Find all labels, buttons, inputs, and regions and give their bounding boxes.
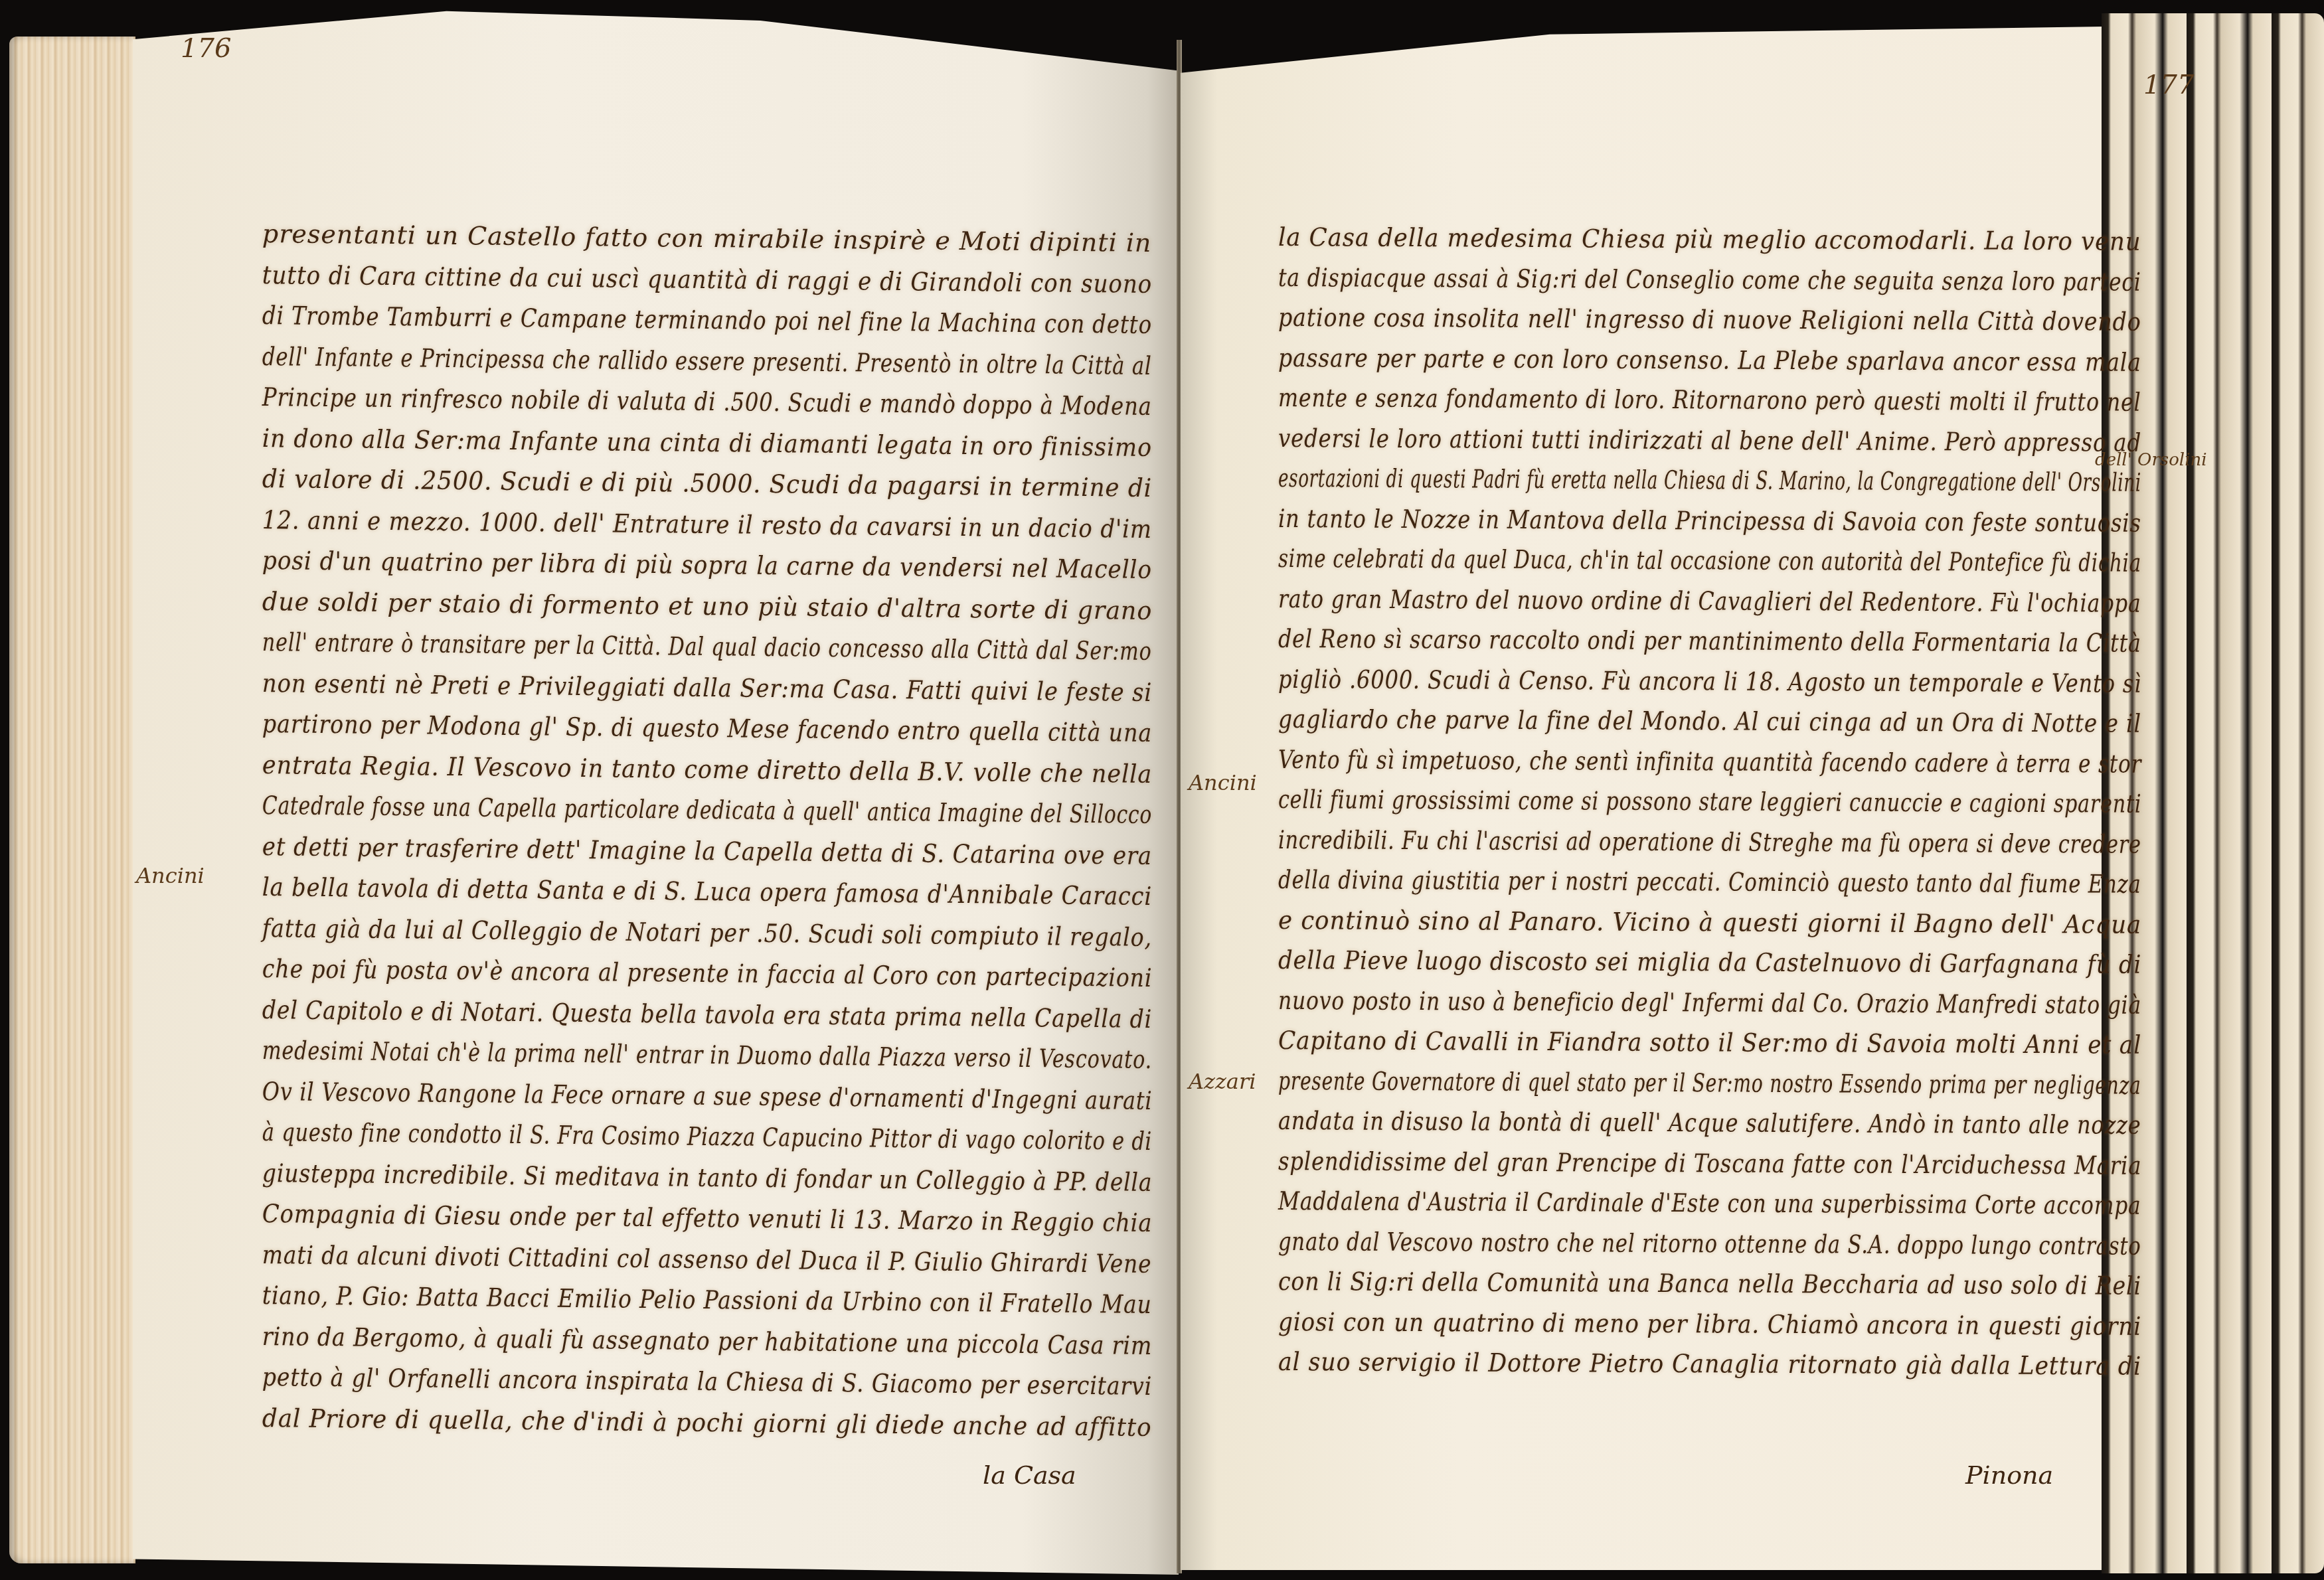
manuscript-line: presente Governatore di quel stato per i…	[1278, 1066, 2141, 1100]
catchword-right: Pinona	[1965, 1461, 2053, 1490]
manuscript-line: ta dispiacque assai à Sig:ri del Consegl…	[1278, 263, 2141, 297]
manuscript-line: Capitano di Cavalli in Fiandra sotto il …	[1278, 1026, 2141, 1060]
manuscript-line: Maddalena d'Austria il Cardinale d'Este …	[1278, 1186, 2141, 1220]
left-page-block-edge	[9, 37, 135, 1563]
margin-note-right-orsolini: dell' Orsolini	[2095, 450, 2207, 470]
manuscript-line: sime celebrati da quel Duca, ch'in tal o…	[1278, 544, 2141, 578]
manuscript-line: Vento fù sì impetuoso, che sentì infinit…	[1278, 745, 2142, 779]
folio-number-right: 177	[2143, 70, 2194, 100]
manuscript-line: gagliardo che parve la fine del Mondo. A…	[1278, 704, 2141, 738]
folio-number-left: 176	[181, 33, 231, 64]
manuscript-line: giosi con un quatrino di meno per libra.…	[1278, 1307, 2141, 1341]
manuscript-line: andata in disuso la bontà di quell' Acqu…	[1278, 1106, 2141, 1140]
manuscript-line: e continuò sino al Panaro. Vicino à ques…	[1278, 906, 2141, 939]
manuscript-line: patione cosa insolita nell' ingresso di …	[1278, 303, 2141, 337]
manuscript-line: nuovo posto in uso à beneficio degl' Inf…	[1278, 986, 2141, 1020]
manuscript-line: con li Sig:ri della Comunità una Banca n…	[1278, 1267, 2141, 1301]
manuscript-line: in tanto le Nozze in Mantova della Princ…	[1278, 504, 2141, 538]
manuscript-line: mente e senza fondamento di loro. Ritorn…	[1278, 383, 2141, 417]
manuscript-line: vedersi le loro attioni tutti indirizzat…	[1278, 424, 2141, 457]
margin-note-right-ancini: Ancini	[1189, 770, 1257, 795]
manuscript-line: passare per parte e con loro consenso. L…	[1278, 343, 2141, 377]
manuscript-line: della Pieve luogo discosto sei miglia da…	[1278, 945, 2141, 979]
manuscript-line: gnato dal Vescovo nostro che nel ritorno…	[1278, 1227, 2141, 1261]
manuscript-line: splendidissime del gran Prencipe di Tosc…	[1278, 1146, 2142, 1180]
manuscript-line: della divina giustitia per i nostri pecc…	[1278, 865, 2141, 899]
manuscript-line: al suo servigio il Dottore Pietro Canagl…	[1278, 1347, 2141, 1381]
catchword-left: la Casa	[983, 1461, 1076, 1490]
margin-note-right-azzari: Azzari	[1189, 1069, 1256, 1094]
manuscript-line: esortazioni di questi Padri fù eretta ne…	[1278, 463, 2141, 497]
margin-note-left-ancini: Ancini	[136, 863, 205, 888]
manuscript-line: pigliò .6000. Scudi à Censo. Fù ancora l…	[1278, 665, 2141, 698]
manuscript-line: incredibili. Fu chi l'ascrisi ad operati…	[1278, 825, 2141, 859]
manuscript-line: la Casa della medesima Chiesa più meglio…	[1278, 222, 2141, 256]
manuscript-line: celli fiumi grossissimi come si possono …	[1278, 785, 2142, 819]
manuscript-line: rato gran Mastro del nuovo ordine di Cav…	[1278, 584, 2141, 618]
open-manuscript-book: 176 177 presentanti un Castello fatto co…	[0, 0, 2324, 1580]
manuscript-line: del Reno sì scarso raccolto ondi per man…	[1278, 624, 2141, 658]
